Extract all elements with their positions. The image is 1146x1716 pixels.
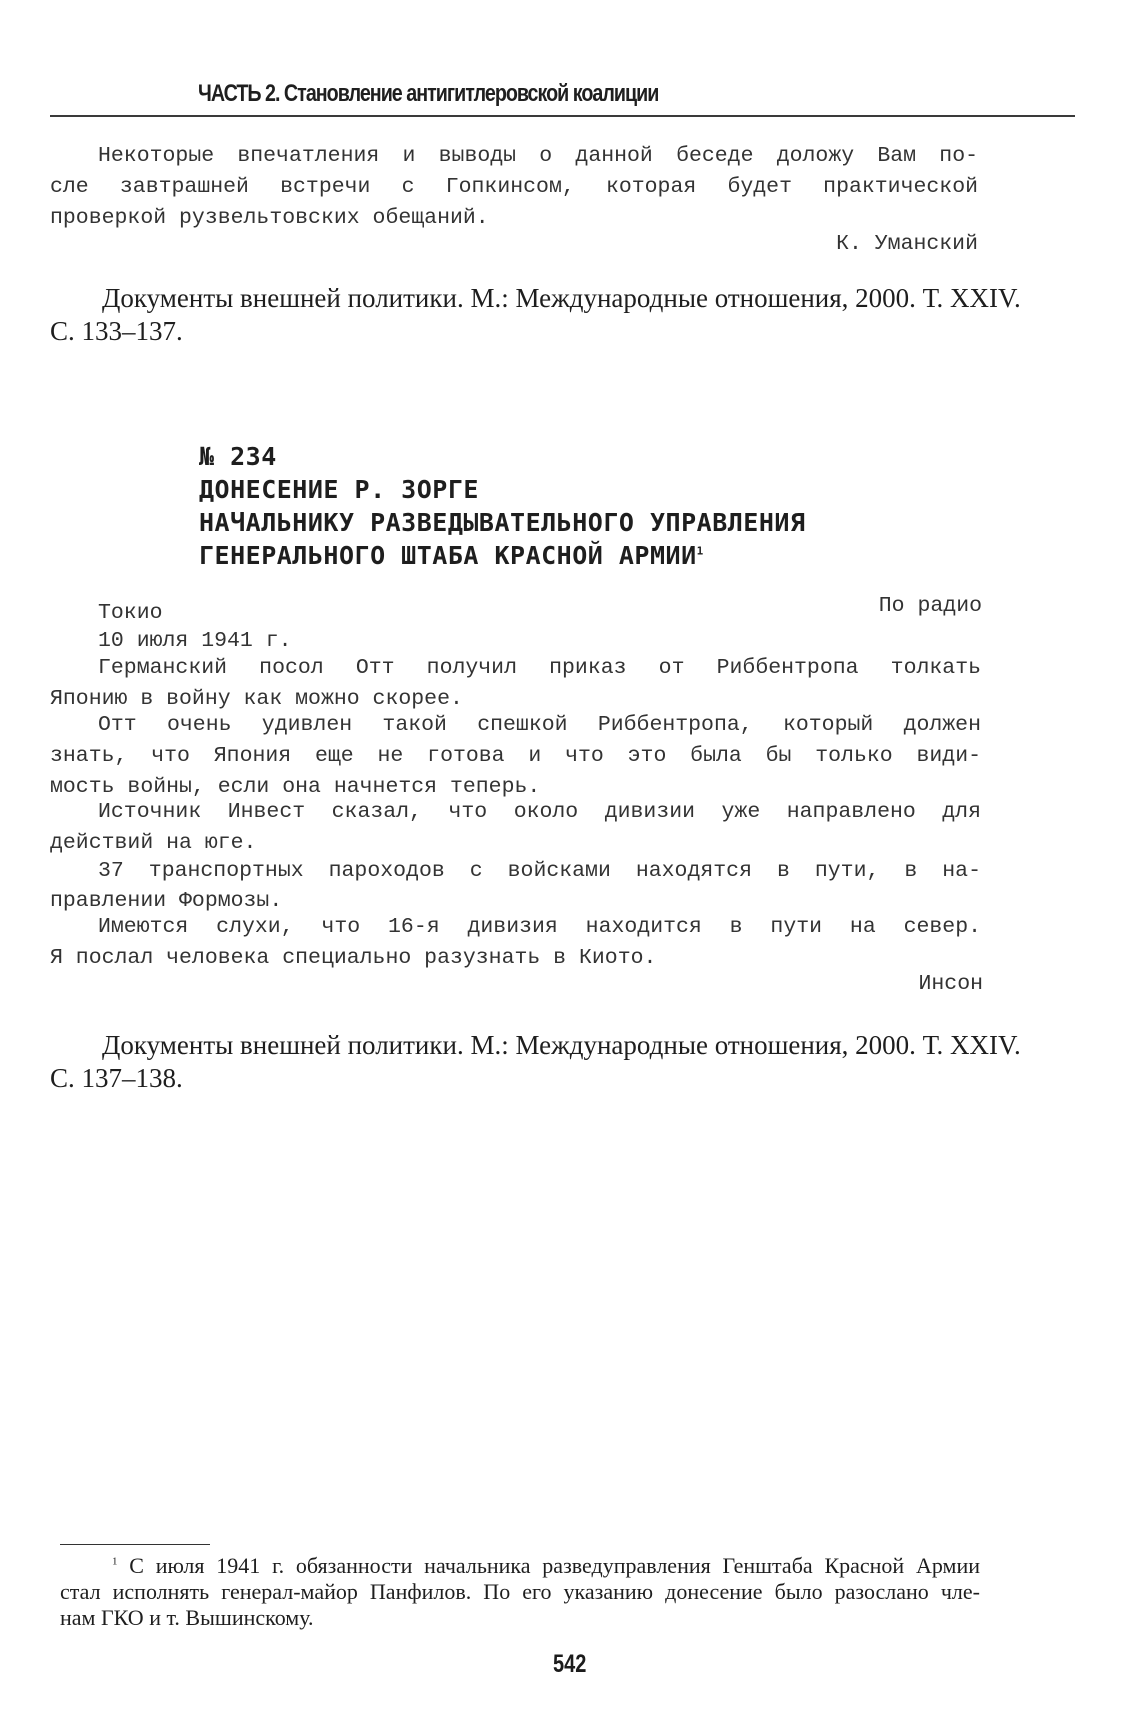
page-number: 542: [553, 1650, 586, 1679]
prev-doc-signature: К. Уманский: [836, 232, 978, 256]
document-number: № 234: [199, 442, 277, 471]
body-line: 37 транспортных пароходов с войсками нах…: [98, 859, 981, 883]
document-title-line: ДОНЕСЕНИЕ Р. ЗОРГЕ: [199, 475, 479, 504]
prev-doc-line: Некоторые впечатления и выводы о данной …: [98, 144, 978, 168]
prev-doc-line: сле завтрашней встречи с Гопкинсом, кото…: [50, 175, 978, 199]
running-head: ЧАСТЬ 2. Становление антигитлеровской ко…: [198, 80, 658, 108]
document-source: С. 137–138.: [50, 1063, 183, 1094]
footnote-marker: 1: [112, 1556, 118, 1568]
footnote-ref[interactable]: 1: [697, 545, 704, 558]
body-line: знать, что Япония еще не готова и что эт…: [50, 744, 981, 768]
document-title-line: ГЕНЕРАЛЬНОГО ШТАБА КРАСНОЙ АРМИИ1: [199, 541, 704, 570]
body-line: правлении Формозы.: [50, 889, 282, 913]
prev-doc-line: проверкой рузвельтовских обещаний.: [50, 206, 489, 230]
footnote-line: нам ГКО и т. Вышинскому.: [60, 1605, 314, 1631]
body-line: Отт очень удивлен такой спешкой Риббентр…: [98, 713, 981, 737]
body-line: действий на юге.: [50, 831, 256, 855]
prev-doc-source: Документы внешней политики. М.: Междунар…: [102, 283, 978, 314]
body-line: Германский посол Отт получил приказ от Р…: [98, 656, 981, 680]
body-line: Японию в войну как можно скорее.: [50, 687, 463, 711]
footnote-line: стал исполнять генерал-майор Панфилов. П…: [60, 1579, 980, 1605]
footnote-rule: [60, 1544, 210, 1545]
document-signature: Инсон: [918, 972, 983, 996]
document-place: Токио: [98, 601, 163, 625]
body-line: Имеются слухи, что 16-я дивизия находитс…: [98, 915, 981, 939]
body-line: Источник Инвест сказал, что около дивизи…: [98, 800, 981, 824]
header-rule: [50, 115, 1075, 117]
document-source: Документы внешней политики. М.: Междунар…: [102, 1030, 982, 1061]
body-line: Я послал человека специально разузнать в…: [50, 946, 656, 970]
body-line: мость войны, если она начнется теперь.: [50, 775, 540, 799]
document-transmission: По радио: [879, 594, 982, 618]
document-date: 10 июля 1941 г.: [98, 629, 292, 653]
prev-doc-source: С. 133–137.: [50, 316, 183, 347]
document-title-line: НАЧАЛЬНИКУ РАЗВЕДЫВАТЕЛЬНОГО УПРАВЛЕНИЯ: [199, 508, 806, 537]
footnote-line: 1 С июля 1941 г. обязанности начальника …: [112, 1553, 980, 1579]
